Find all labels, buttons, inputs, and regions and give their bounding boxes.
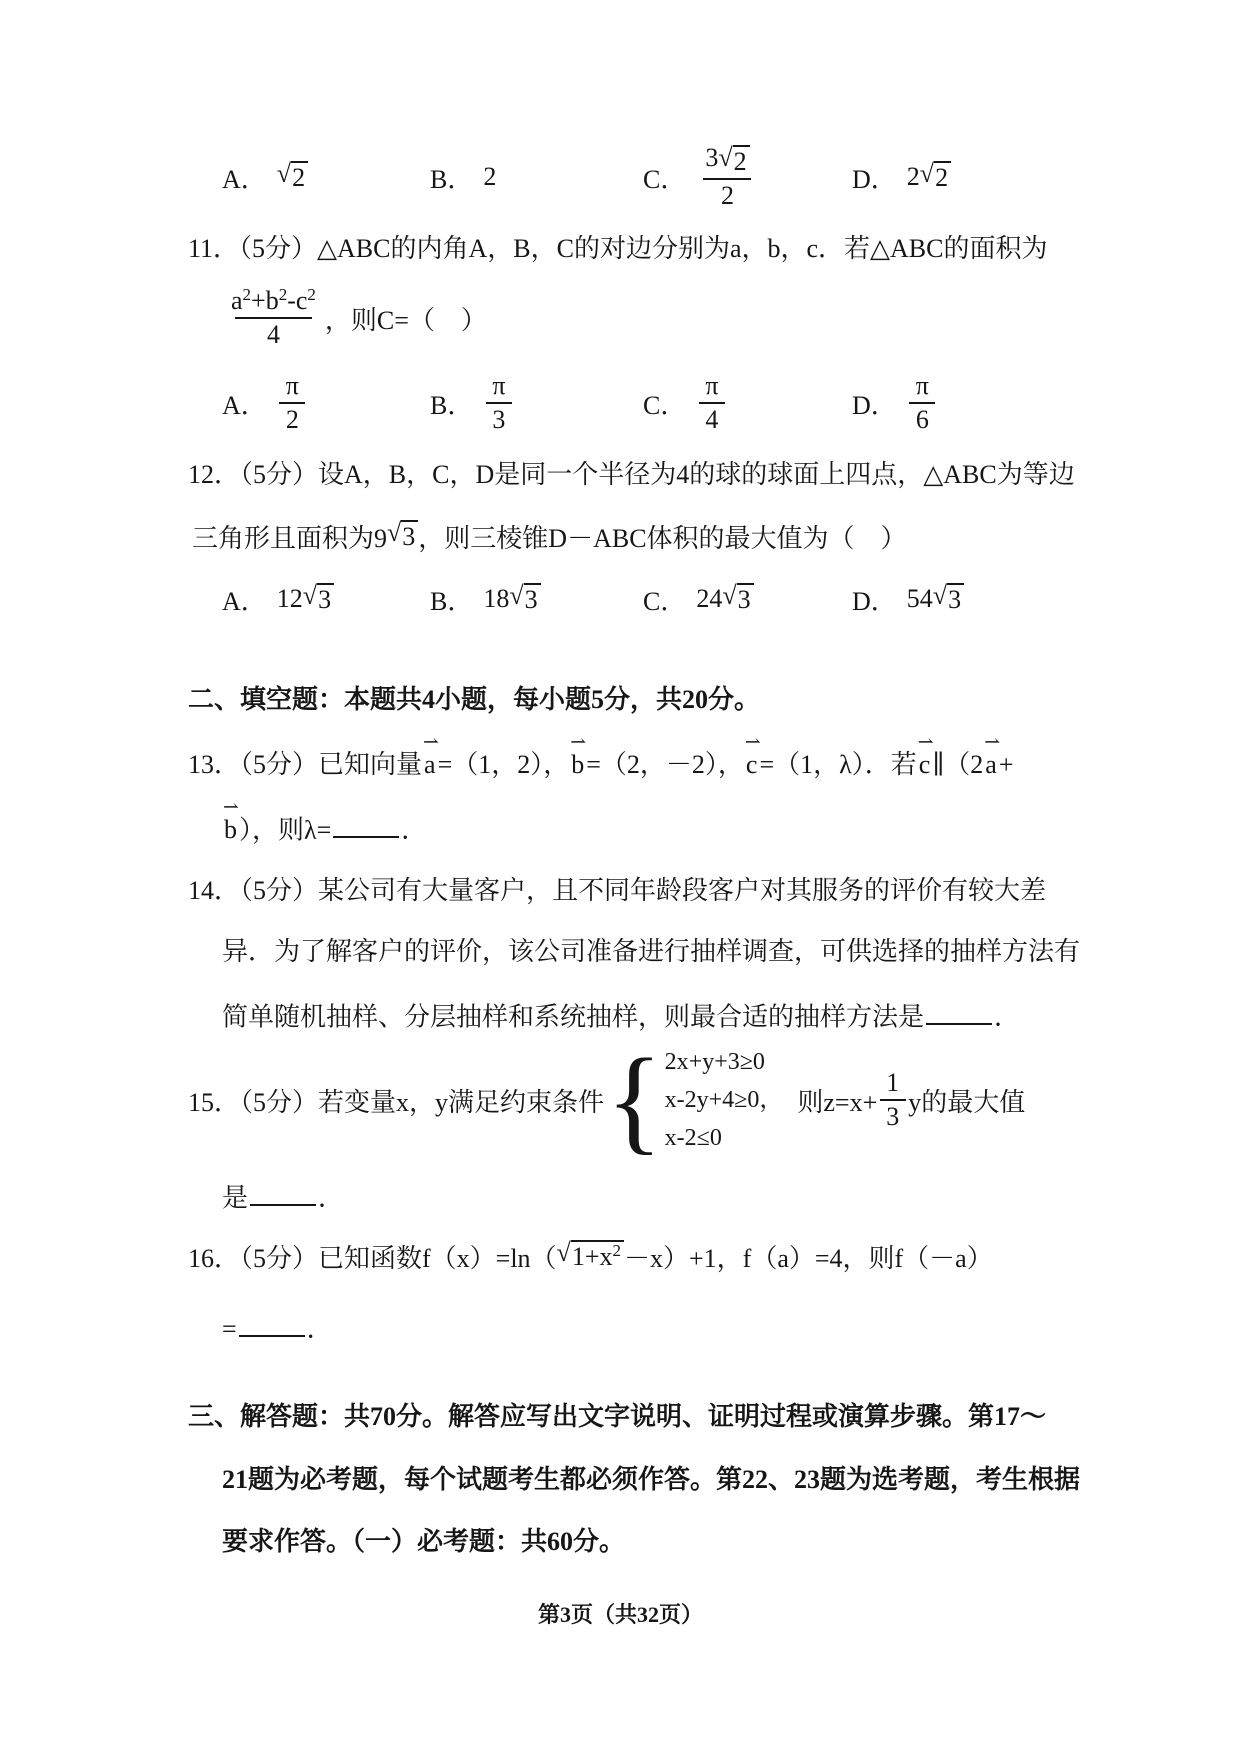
q11-option-a: A． π2 (222, 374, 308, 432)
q11-options-row: A． π2 B． π3 C． π4 D． π6 (0, 374, 1241, 432)
vector-letter: b (571, 750, 584, 779)
sqrt-radical: 3 (722, 583, 753, 615)
text-segment: ，则C=（ ） (325, 300, 487, 337)
vector-letter: a (424, 750, 436, 779)
option-label: B． (430, 385, 473, 422)
constraint-system: 2x+y+3≥0 x-2y+4≥0， x-2≤0 (665, 1043, 784, 1157)
sqrt-radical: 3 (303, 583, 334, 615)
fraction-denominator: 4 (699, 402, 725, 435)
answer-blank (333, 809, 399, 838)
exam-page: A． 2 B． 2 C． 32 2 D． 2 2 11．（5分）△ABC的内角A… (0, 0, 1241, 1754)
superscript: 2 (613, 1241, 622, 1260)
radical-sign (277, 161, 291, 187)
q10-option-c: C． 32 2 (643, 146, 759, 208)
fraction: 13 (881, 1068, 904, 1132)
text-segment: ． (401, 815, 427, 844)
vector: a (424, 748, 436, 781)
page-footer: 第3页（共32页） (0, 1598, 1241, 1629)
fraction-numerator: 1 (881, 1068, 904, 1099)
radical-sign (718, 145, 732, 171)
radicand: 3 (737, 583, 754, 615)
vector-letter: c (919, 750, 931, 779)
fraction: π3 (487, 371, 510, 435)
q11-stem-line1: 11．（5分）△ABC的内角A，B，C的对边分别为a，b，c．若△ABC的面积为 (188, 232, 1048, 265)
q12-stem-line1: 12．（5分）设A，B，C，D是同一个半径为4的球的球面上四点，△ABC为等边 (188, 458, 1075, 491)
radicand: 3 (524, 583, 541, 615)
radical-sign (920, 161, 934, 187)
q14-stem-line1: 14．（5分）某公司有大量客户，且不同年龄段客户对其服务的评价有较大差 (188, 874, 1046, 907)
fraction: π2 (281, 371, 304, 435)
q11-option-c: C． π4 (643, 374, 727, 432)
radicand-base: 1+x (572, 1242, 613, 1271)
sqrt-radical: 2 (920, 161, 951, 193)
text-segment: y的最大值 (908, 1082, 1025, 1119)
option-label: C． (643, 581, 686, 618)
vector-letter: c (746, 750, 758, 779)
text-segment: ∥（2 (932, 750, 983, 779)
option-label: B． (430, 581, 473, 618)
text-segment: 三角形且面积为9 (192, 518, 387, 555)
text-segment: ），则λ= (239, 815, 331, 844)
vector-arrow-icon (745, 733, 761, 752)
fraction-numerator: π (487, 371, 510, 402)
term: a (231, 286, 243, 315)
answer-blank (926, 996, 992, 1025)
constraint-line: 2x+y+3≥0 (665, 1043, 784, 1081)
superscript: 2 (279, 285, 288, 304)
sqrt-radical: 3 (933, 583, 964, 615)
fraction-numerator: 32 (700, 143, 754, 178)
q12-option-b: B． 18 3 (430, 578, 541, 620)
q10-option-d: D． 2 2 (852, 146, 951, 208)
q13-stem-line2: b），则λ=． (222, 809, 427, 846)
coefficient: 12 (277, 584, 303, 614)
radicand: 3 (947, 583, 964, 615)
radicand: 3 (317, 583, 334, 615)
radicand: 2 (291, 161, 308, 193)
radical-sign (722, 583, 736, 609)
option-label: C． (643, 159, 686, 196)
constraint-line: x-2≤0 (665, 1119, 784, 1157)
sqrt-radical: 2 (277, 161, 308, 193)
option-label: D． (852, 581, 897, 618)
sqrt-radical: 3 (509, 583, 540, 615)
vector: c (919, 748, 931, 781)
section3-header-line3: 要求作答。（一）必考题：共60分。 (222, 1525, 625, 1558)
vector-letter: a (985, 750, 997, 779)
radical-sign (303, 583, 317, 609)
q13-stem-line1: 13．（5分）已知向量a=（1，2），b=（2，－2），c=（1，λ）．若c∥（… (188, 748, 1014, 781)
fraction-denominator: 6 (909, 402, 935, 435)
coefficient: 24 (696, 584, 722, 614)
q10-option-a: A． 2 (222, 146, 308, 208)
text-segment: = (222, 1314, 237, 1343)
option-label: D． (852, 385, 897, 422)
q12-option-c: C． 24 3 (643, 578, 754, 620)
section3-header-line2: 21题为必考题，每个试题考生都必须作答。第22、23题为选考题，考生根据 (222, 1463, 1080, 1496)
radicand: 3 (401, 520, 418, 552)
option-label: A． (222, 385, 267, 422)
text-segment: 是 (222, 1183, 248, 1212)
radicand: 2 (934, 161, 951, 193)
q14-stem-line2: 异．为了解客户的评价，该公司准备进行抽样调查，可供选择的抽样方法有 (222, 935, 1080, 968)
coefficient: 3 (705, 143, 718, 172)
option-label: A． (222, 159, 267, 196)
text-segment: ． (318, 1183, 344, 1212)
text-segment: 简单随机抽样、分层抽样和系统抽样，则最合适的抽样方法是 (222, 1002, 924, 1031)
q14-stem-line3: 简单随机抽样、分层抽样和系统抽样，则最合适的抽样方法是． (222, 996, 1020, 1033)
fraction-denominator: 2 (703, 178, 751, 211)
sqrt-radical: 1+x2 (557, 1240, 624, 1272)
fraction-numerator: π (281, 371, 304, 402)
vector: b (224, 813, 237, 846)
text-segment: －x）+1，f（a）=4，则f（－a） (624, 1238, 993, 1275)
q12-stem-line2: 三角形且面积为9 3 ，则三棱锥D－ABC体积的最大值为（ ） (192, 516, 907, 556)
radicand: 2 (733, 145, 750, 177)
q15-stem-line2: 是． (222, 1177, 344, 1214)
option-label: D． (852, 159, 897, 196)
fraction-denominator: 2 (279, 402, 305, 435)
q10-option-b: B． 2 (430, 146, 496, 208)
sqrt-radical: 2 (718, 145, 749, 177)
superscript: 2 (243, 285, 252, 304)
q16-stem-line1: 16．（5分）已知函数f（x）=ln（ 1+x2 －x）+1，f（a）=4，则f… (188, 1232, 993, 1280)
text-segment: 16．（5分）已知函数f（x）=ln（ (188, 1238, 557, 1275)
fraction: π4 (700, 371, 723, 435)
term: +b (251, 286, 279, 315)
radicand: 1+x2 (571, 1240, 624, 1272)
q10-options-row: A． 2 B． 2 C． 32 2 D． 2 2 (0, 146, 1241, 208)
radical-sign (509, 583, 523, 609)
coefficient: 54 (907, 584, 933, 614)
text-segment: 15．（5分）若变量x，y满足约束条件 (188, 1082, 604, 1119)
q11-option-b: B． π3 (430, 374, 514, 432)
left-brace (606, 1041, 663, 1159)
vector-arrow-icon (918, 733, 934, 752)
text-segment: 13．（5分）已知向量 (188, 750, 422, 779)
radical-sign (387, 520, 401, 546)
superscript: 2 (307, 285, 316, 304)
text-segment: ． (307, 1314, 333, 1343)
text-segment: + (999, 750, 1014, 779)
constraint-line: x-2y+4≥0， (665, 1081, 784, 1119)
text-segment: =（2，－2）， (586, 750, 744, 779)
q12-options-row: A． 12 3 B． 18 3 C． 24 3 D． 54 3 (0, 578, 1241, 620)
coefficient: 2 (907, 162, 920, 192)
vector-arrow-icon (423, 733, 439, 752)
section3-header-line1: 三、解答题：共70分。解答应写出文字说明、证明过程或演算步骤。第17～ (188, 1400, 1046, 1433)
q12-option-a: A． 12 3 (222, 578, 334, 620)
answer-blank (239, 1308, 305, 1337)
text-segment: ，则三棱锥D－ABC体积的最大值为（ ） (418, 518, 906, 555)
fraction-denominator: 4 (235, 317, 311, 350)
vector-arrow-icon (223, 798, 239, 817)
vector: a (985, 748, 997, 781)
option-label: A． (222, 581, 267, 618)
vector-arrow-icon (570, 733, 586, 752)
fraction-numerator: π (911, 371, 934, 402)
sqrt-radical: 3 (387, 520, 418, 552)
term: -c (287, 286, 307, 315)
answer-blank (250, 1177, 316, 1206)
option-label: B． (430, 159, 473, 196)
text-segment: =（1，2）， (438, 750, 570, 779)
vector: c (746, 748, 758, 781)
fraction: 32 2 (700, 143, 754, 211)
fraction-denominator: 3 (486, 402, 512, 435)
radical-sign (557, 1240, 571, 1266)
vector-arrow-icon (984, 733, 1000, 752)
q12-option-d: D． 54 3 (852, 578, 964, 620)
coefficient: 18 (483, 584, 509, 614)
text-segment: 则z=x+ (797, 1082, 877, 1119)
text-segment: ． (994, 1002, 1020, 1031)
option-value: 2 (483, 162, 496, 192)
radical-sign (933, 583, 947, 609)
q11-stem-line2: a2+b2-c2 4 ，则C=（ ） (222, 283, 487, 353)
vector: b (571, 748, 584, 781)
option-label: C． (643, 385, 686, 422)
fraction-numerator: a2+b2-c2 (226, 286, 321, 317)
text-segment: =（1，λ）．若 (759, 750, 916, 779)
fraction-denominator: 3 (880, 1099, 906, 1132)
fraction-numerator: π (700, 371, 723, 402)
q11-option-d: D． π6 (852, 374, 938, 432)
vector-letter: b (224, 815, 237, 844)
q16-stem-line2: =． (222, 1308, 333, 1345)
q15-stem-line1: 15．（5分）若变量x，y满足约束条件 2x+y+3≥0 x-2y+4≥0， x… (188, 1044, 1025, 1156)
section2-header: 二、填空题：本题共4小题，每小题5分，共20分。 (188, 683, 760, 716)
fraction: π6 (911, 371, 934, 435)
fraction: a2+b2-c2 4 (226, 286, 321, 350)
